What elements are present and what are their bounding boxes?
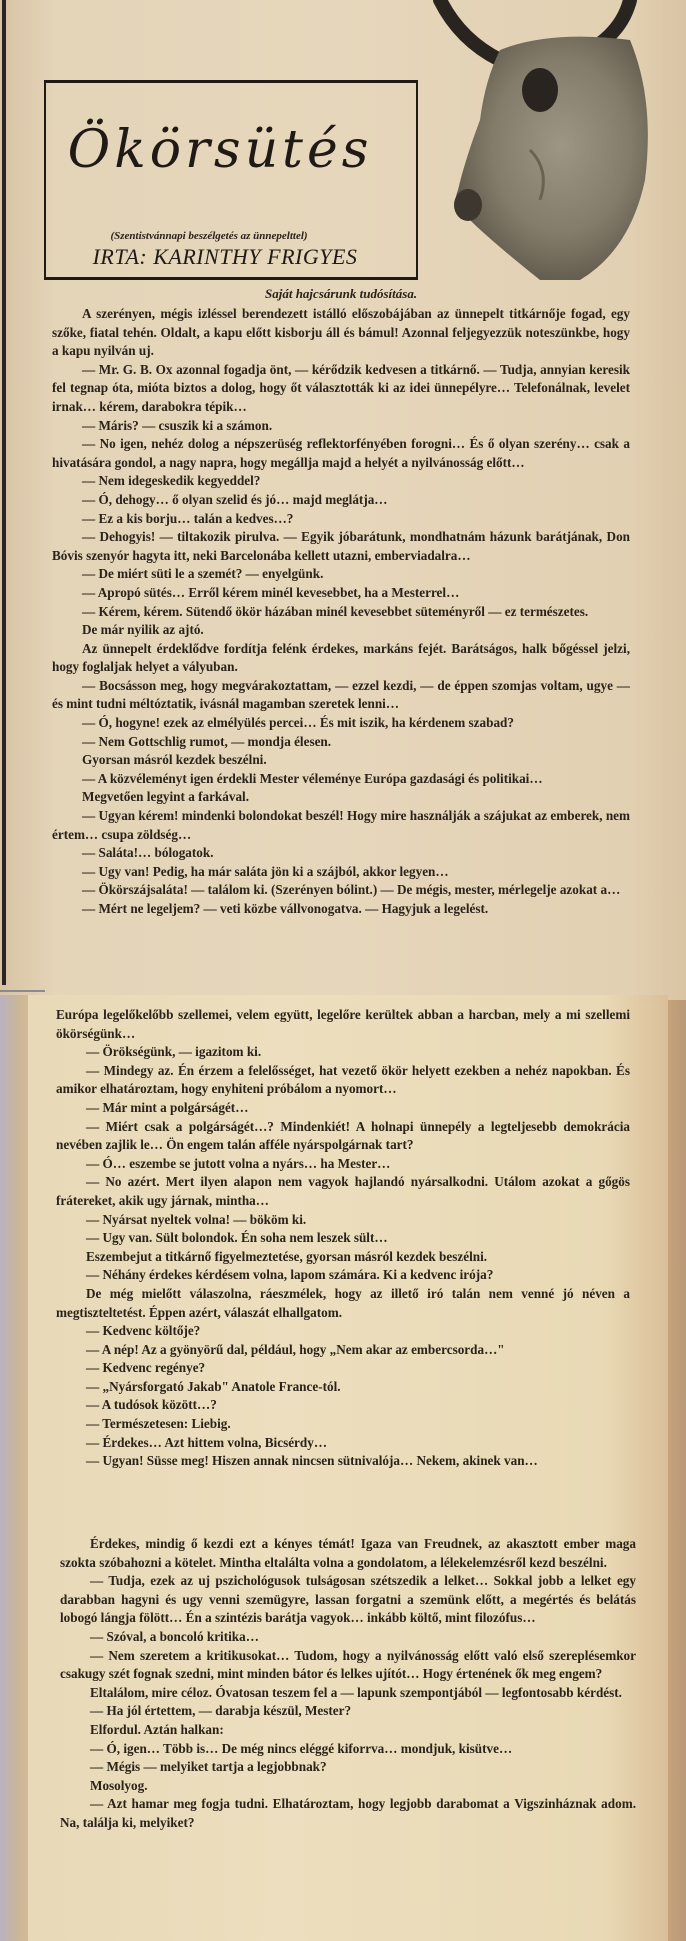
paragraph: A szerényen, mégis izléssel berendezett … [52, 305, 630, 361]
page-edge-right [668, 1000, 686, 1941]
paragraph: — Ó, igen… Több is… De még nincs eléggé … [60, 1740, 636, 1759]
body-section-1: A szerényen, mégis izléssel berendezett … [52, 305, 630, 919]
paragraph: — Ökörszájsaláta! — találom ki. (Szerény… [52, 881, 630, 900]
paragraph: — Tudja, ezek az uj pszichológusok tulsá… [60, 1572, 636, 1628]
article-subtitle: (Szentistvánnapi beszélgetés az ünnepelt… [44, 230, 374, 242]
paragraph: — Ez a kis borju… talán a kedves…? [52, 510, 630, 529]
paragraph: — Érdekes… Azt hittem volna, Bicsérdy… [56, 1434, 630, 1453]
paragraph: — Ó, hogyne! ezek az elmélyülés percei… … [52, 714, 630, 733]
paragraph: — Bocsásson meg, hogy megvárakoztattam, … [52, 677, 630, 714]
paragraph: — Saláta!… bólogatok. [52, 844, 630, 863]
paragraph: — No azért. Mert ilyen alapon nem vagyok… [56, 1173, 630, 1210]
paragraph: — Természetesen: Liebig. [56, 1415, 630, 1434]
paragraph: — Apropó sütés… Erről kérem minél kevese… [52, 584, 630, 603]
paragraph: — Máris? — csuszik ki a számon. [52, 417, 630, 436]
paragraph: — Kérem, kérem. Sütendő ökör házában min… [52, 603, 630, 622]
paragraph: — „Nyársforgató Jakab" Anatole France-tó… [56, 1378, 630, 1397]
paragraph: — A tudósok között…? [56, 1396, 630, 1415]
paragraph: — A nép! Az a gyönyörű dal, például, hog… [56, 1341, 630, 1360]
paragraph: — Ó, dehogy… ő olyan szelid és jó… majd … [52, 491, 630, 510]
paragraph: — Miért csak a polgárságét…? Mindenkiét!… [56, 1118, 630, 1155]
paragraph: Az ünnepelt érdeklődve fordítja felénk é… [52, 640, 630, 677]
paragraph: Elfordul. Aztán halkan: [60, 1721, 636, 1740]
paragraph: — No igen, nehéz dolog a népszerüség ref… [52, 435, 630, 472]
paragraph: Eltalálom, mire céloz. Óvatosan teszem f… [60, 1684, 636, 1703]
paragraph: — Néhány érdekes kérdésem volna, lapom s… [56, 1266, 630, 1285]
paragraph: — Mindegy az. Én érzem a felelősséget, h… [56, 1062, 630, 1099]
paragraph: — Ha jól értettem, — darabja készül, Mes… [60, 1702, 636, 1721]
page-edge-left [0, 995, 28, 1941]
paragraph: — De miért süti le a szemét? — enyelgünk… [52, 565, 630, 584]
body-section-3: Érdekes, mindig ő kezdi ezt a kényes tém… [60, 1535, 636, 1833]
paragraph: — Ugy van! Pedig, ha már saláta jön ki a… [52, 863, 630, 882]
paragraph: Európa legelőkelőbb szellemei, velem egy… [56, 1006, 630, 1043]
paragraph: De már nyilik az ajtó. [52, 621, 630, 640]
paragraph: — Ó… eszembe se jutott volna a nyárs… ha… [56, 1155, 630, 1174]
paragraph: — Nem idegeskedik kegyeddel? [52, 472, 630, 491]
paragraph: — Szóval, a boncoló kritika… [60, 1628, 636, 1647]
paragraph: — Ugyan! Süsse meg! Hiszen annak nincsen… [56, 1452, 630, 1471]
paragraph: — Nem szeretem a kritikusokat… Tudom, ho… [60, 1647, 636, 1684]
paragraph: Mosolyog. [60, 1777, 636, 1796]
paragraph: — Dehogyis! — tiltakozik pirulva. — Egyi… [52, 528, 630, 565]
paragraph: — Ugy van. Sült bolondok. Én soha nem le… [56, 1229, 630, 1248]
paragraph: — Nem Gottschlig rumot, — mondja élesen. [52, 733, 630, 752]
paragraph: Gyorsan másról kezdek beszélni. [52, 751, 630, 770]
article-byline: IRTA: KARINTHY FRIGYES [50, 244, 400, 270]
left-border-rule [2, 0, 6, 985]
paragraph: Megvetően legyint a farkával. [52, 788, 630, 807]
paragraph: — Már mint a polgárságét… [56, 1099, 630, 1118]
paragraph: — Mért ne legeljem? — veti közbe vállvon… [52, 900, 630, 919]
paragraph: — Kedvenc regénye? [56, 1359, 630, 1378]
paragraph: — Azt hamar meg fogja tudni. Elhatározta… [60, 1795, 636, 1832]
bull-head-photo [380, 0, 660, 280]
paragraph: — Ugyan kérem! mindenki bolondokat beszé… [52, 807, 630, 844]
article-dateline: Saját hajcsárunk tudósítása. [265, 286, 417, 302]
divider-rule [0, 990, 45, 992]
paragraph: Érdekes, mindig ő kezdi ezt a kényes tém… [60, 1535, 636, 1572]
paragraph: — A közvéleményt igen érdekli Mester vél… [52, 770, 630, 789]
article-title: Ökörsütés [60, 120, 380, 180]
paragraph: — Kedvenc költője? [56, 1322, 630, 1341]
paragraph: — Nyársat nyeltek volna! — bököm ki. [56, 1211, 630, 1230]
paragraph: — Mégis — melyiket tartja a legjobbnak? [60, 1758, 636, 1777]
paragraph: — Mr. G. B. Ox azonnal fogadja önt, — ké… [52, 361, 630, 417]
paragraph: — Örökségünk, — igazitom ki. [56, 1043, 630, 1062]
paragraph: De még mielőtt válaszolna, ráeszmélek, h… [56, 1285, 630, 1322]
paragraph: Eszembejut a titkárnő figyelmeztetése, g… [56, 1248, 630, 1267]
body-section-2: Európa legelőkelőbb szellemei, velem egy… [56, 1006, 630, 1471]
